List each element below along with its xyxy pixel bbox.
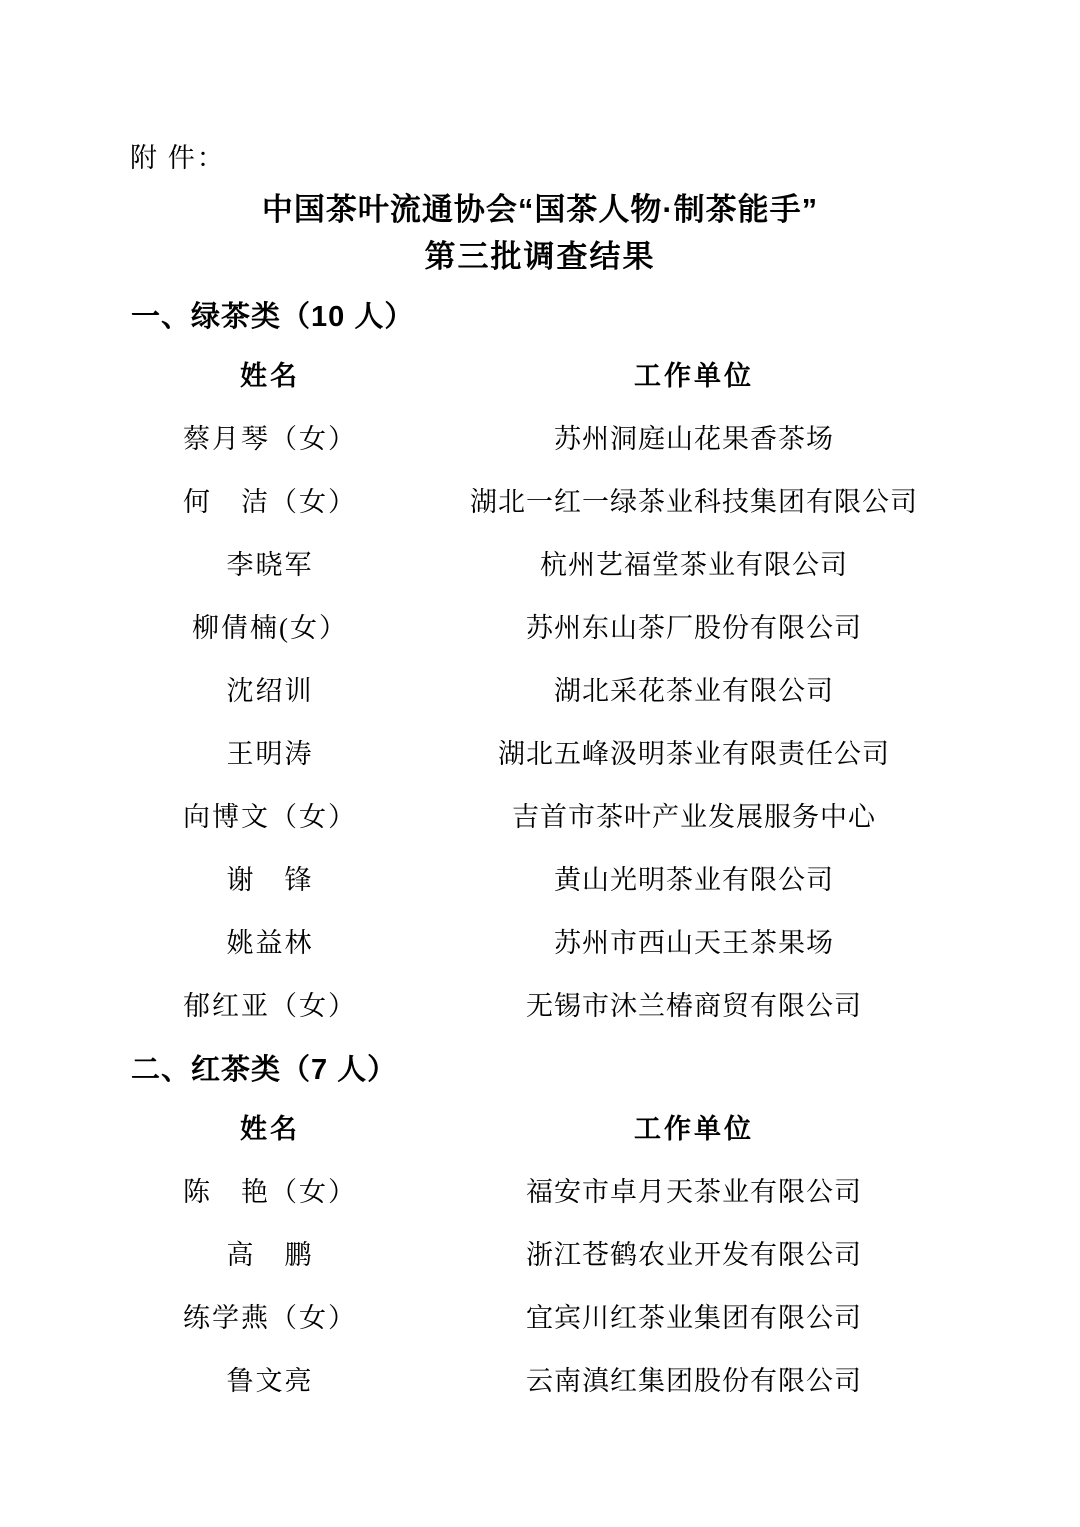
table-row: 高 鹏 浙江苍鹤农业开发有限公司 [0,1221,1080,1284]
table-row: 李晓军 杭州艺福堂茶业有限公司 [0,531,1080,594]
document-title-line2: 第三批调查结果 [0,232,1080,282]
name-cell: 郁红亚（女） [100,984,440,1023]
section-heading-green-tea: 一、绿茶类（10 人） [131,296,1080,338]
unit-cell: 黄山光明茶业有限公司 [440,858,948,897]
unit-cell: 云南滇红集团股份有限公司 [440,1359,948,1398]
name-cell: 何 洁（女） [100,480,440,519]
name-cell: 谢 锋 [100,858,440,897]
name-cell: 蔡月琴（女） [100,417,440,456]
name-cell: 练学燕（女） [100,1296,440,1335]
unit-cell: 苏州东山茶厂股份有限公司 [440,606,948,645]
unit-cell: 福安市卓月天茶业有限公司 [440,1170,948,1209]
unit-cell: 湖北一红一绿茶业科技集团有限公司 [440,480,948,519]
unit-cell: 湖北采花茶业有限公司 [440,669,948,708]
name-cell: 柳倩楠(女） [100,606,440,645]
column-header-unit: 工作单位 [440,354,948,393]
unit-cell: 吉首市茶叶产业发展服务中心 [440,795,948,834]
column-header-name: 姓名 [100,354,440,393]
table-row: 何 洁（女） 湖北一红一绿茶业科技集团有限公司 [0,468,1080,531]
name-cell: 李晓军 [100,543,440,582]
table-row: 柳倩楠(女） 苏州东山茶厂股份有限公司 [0,594,1080,657]
name-cell: 王明涛 [100,732,440,771]
document-title: 中国茶叶流通协会“国茶人物·制茶能手” 第三批调查结果 [0,188,1080,282]
table-row: 谢 锋 黄山光明茶业有限公司 [0,846,1080,909]
table-header-row: 姓名 工作单位 [0,1095,1080,1158]
table-header-row: 姓名 工作单位 [0,342,1080,405]
table-row: 陈 艳（女） 福安市卓月天茶业有限公司 [0,1158,1080,1221]
attachment-label: 附 件： [130,140,1080,176]
table-row: 沈绍训 湖北采花茶业有限公司 [0,657,1080,720]
column-header-name: 姓名 [100,1107,440,1146]
table-row: 向博文（女） 吉首市茶叶产业发展服务中心 [0,783,1080,846]
unit-cell: 苏州洞庭山花果香茶场 [440,417,948,456]
section-heading-black-tea: 二、红茶类（7 人） [131,1049,1080,1091]
column-header-unit: 工作单位 [440,1107,948,1146]
document-title-line1: 中国茶叶流通协会“国茶人物·制茶能手” [0,188,1080,232]
unit-cell: 苏州市西山天王茶果场 [440,921,948,960]
unit-cell: 杭州艺福堂茶业有限公司 [440,543,948,582]
name-cell: 向博文（女） [100,795,440,834]
green-tea-table: 姓名 工作单位 蔡月琴（女） 苏州洞庭山花果香茶场 何 洁（女） 湖北一红一绿茶… [0,342,1080,1035]
table-row: 鲁文亮 云南滇红集团股份有限公司 [0,1347,1080,1410]
unit-cell: 浙江苍鹤农业开发有限公司 [440,1233,948,1272]
name-cell: 陈 艳（女） [100,1170,440,1209]
table-row: 蔡月琴（女） 苏州洞庭山花果香茶场 [0,405,1080,468]
unit-cell: 无锡市沐兰椿商贸有限公司 [440,984,948,1023]
name-cell: 高 鹏 [100,1233,440,1272]
name-cell: 鲁文亮 [100,1359,440,1398]
unit-cell: 湖北五峰汲明茶业有限责任公司 [440,732,948,771]
table-row: 姚益林 苏州市西山天王茶果场 [0,909,1080,972]
document-page: 附 件： 中国茶叶流通协会“国茶人物·制茶能手” 第三批调查结果 一、绿茶类（1… [0,0,1080,1527]
table-row: 郁红亚（女） 无锡市沐兰椿商贸有限公司 [0,972,1080,1035]
unit-cell: 宜宾川红茶业集团有限公司 [440,1296,948,1335]
name-cell: 沈绍训 [100,669,440,708]
table-row: 王明涛 湖北五峰汲明茶业有限责任公司 [0,720,1080,783]
black-tea-table: 姓名 工作单位 陈 艳（女） 福安市卓月天茶业有限公司 高 鹏 浙江苍鹤农业开发… [0,1095,1080,1410]
name-cell: 姚益林 [100,921,440,960]
table-row: 练学燕（女） 宜宾川红茶业集团有限公司 [0,1284,1080,1347]
